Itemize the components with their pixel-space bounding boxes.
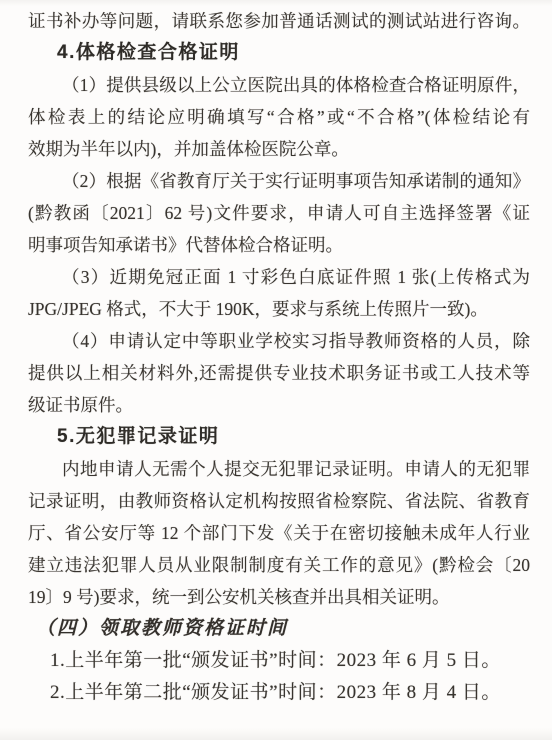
text-line: 体检表上的结论应明确填写“合格”或“不合格”(体检结论有	[28, 101, 530, 133]
scanned-document-page: 证书补办等问题，请联系您参加普通话测试的测试站进行咨询。 4.体格检查合格证明 …	[0, 0, 552, 740]
heading-text: 5.无犯罪记录证明	[28, 421, 530, 453]
text-line: （4）申请认定中等职业学校实习指导教师资格的人员，除	[28, 325, 530, 357]
text-line: （2）根据《省教育厅关于实行证明事项告知承诺制的通知》	[28, 165, 530, 197]
text-line: JPG/JPEG 格式，不大于 190K，要求与系统上传照片一致)。	[28, 293, 530, 325]
paragraph-no-criminal-record: 内地申请人无需个人提交无犯罪记录证明。申请人的无犯罪 记录证明，由教师资格认定机…	[28, 453, 530, 613]
text-line: 建立违法犯罪人员从业限制制度有关工作的意见》(黔检会〔20	[28, 549, 530, 581]
section-heading-si: （四）领取教师资格证时间	[28, 613, 530, 645]
heading-text: 4.体格检查合格证明	[28, 37, 530, 69]
heading-text: （四）领取教师资格证时间	[28, 613, 530, 645]
section-heading-5: 5.无犯罪记录证明	[28, 421, 530, 453]
text-line: 2.上半年第二批“颁发证书”时间：2023 年 8 月 4 日。	[28, 677, 530, 709]
text-line: 证书补办等问题，请联系您参加普通话测试的测试站进行咨询。	[28, 5, 530, 37]
section-heading-4: 4.体格检查合格证明	[28, 37, 530, 69]
text-line: 明事项告知承诺书》代替体检合格证明。	[28, 229, 530, 261]
text-line: 效期为半年以内)，并加盖体检医院公章。	[28, 133, 530, 165]
text-line: (黔教函〔2021〕62 号)文件要求，申请人可自主选择签署《证	[28, 197, 530, 229]
text-line: 记录证明，由教师资格认定机构按照省检察院、省法院、省教育	[28, 485, 530, 517]
text-line: 级证书原件。	[28, 389, 530, 421]
text-line: 厅、省公安厅等 12 个部门下发《关于在密切接触未成年人行业	[28, 517, 530, 549]
list-item-date-1: 1.上半年第一批“颁发证书”时间：2023 年 6 月 5 日。	[28, 645, 530, 677]
paragraph-item-1: （1）提供县级以上公立医院出具的体格检查合格证明原件， 体检表上的结论应明确填写…	[28, 69, 530, 165]
text-line: 内地申请人无需个人提交无犯罪记录证明。申请人的无犯罪	[28, 453, 530, 485]
list-item-date-2: 2.上半年第二批“颁发证书”时间：2023 年 8 月 4 日。	[28, 677, 530, 709]
paragraph-item-2: （2）根据《省教育厅关于实行证明事项告知承诺制的通知》 (黔教函〔2021〕62…	[28, 165, 530, 261]
text-line: 19〕9 号)要求，统一到公安机关核查并出具相关证明。	[28, 581, 530, 613]
text-line: （3）近期免冠正面 1 寸彩色白底证件照 1 张(上传格式为	[28, 261, 530, 293]
paragraph-item-3: （3）近期免冠正面 1 寸彩色白底证件照 1 张(上传格式为 JPG/JPEG …	[28, 261, 530, 325]
paragraph-item-4: （4）申请认定中等职业学校实习指导教师资格的人员，除 提供以上相关材料外,还需提…	[28, 325, 530, 421]
text-line: 提供以上相关材料外,还需提供专业技术职务证书或工人技术等	[28, 357, 530, 389]
text-line: （1）提供县级以上公立医院出具的体格检查合格证明原件，	[28, 69, 530, 101]
paragraph-continuation: 证书补办等问题，请联系您参加普通话测试的测试站进行咨询。	[28, 5, 530, 37]
text-line: 1.上半年第一批“颁发证书”时间：2023 年 6 月 5 日。	[28, 645, 530, 677]
